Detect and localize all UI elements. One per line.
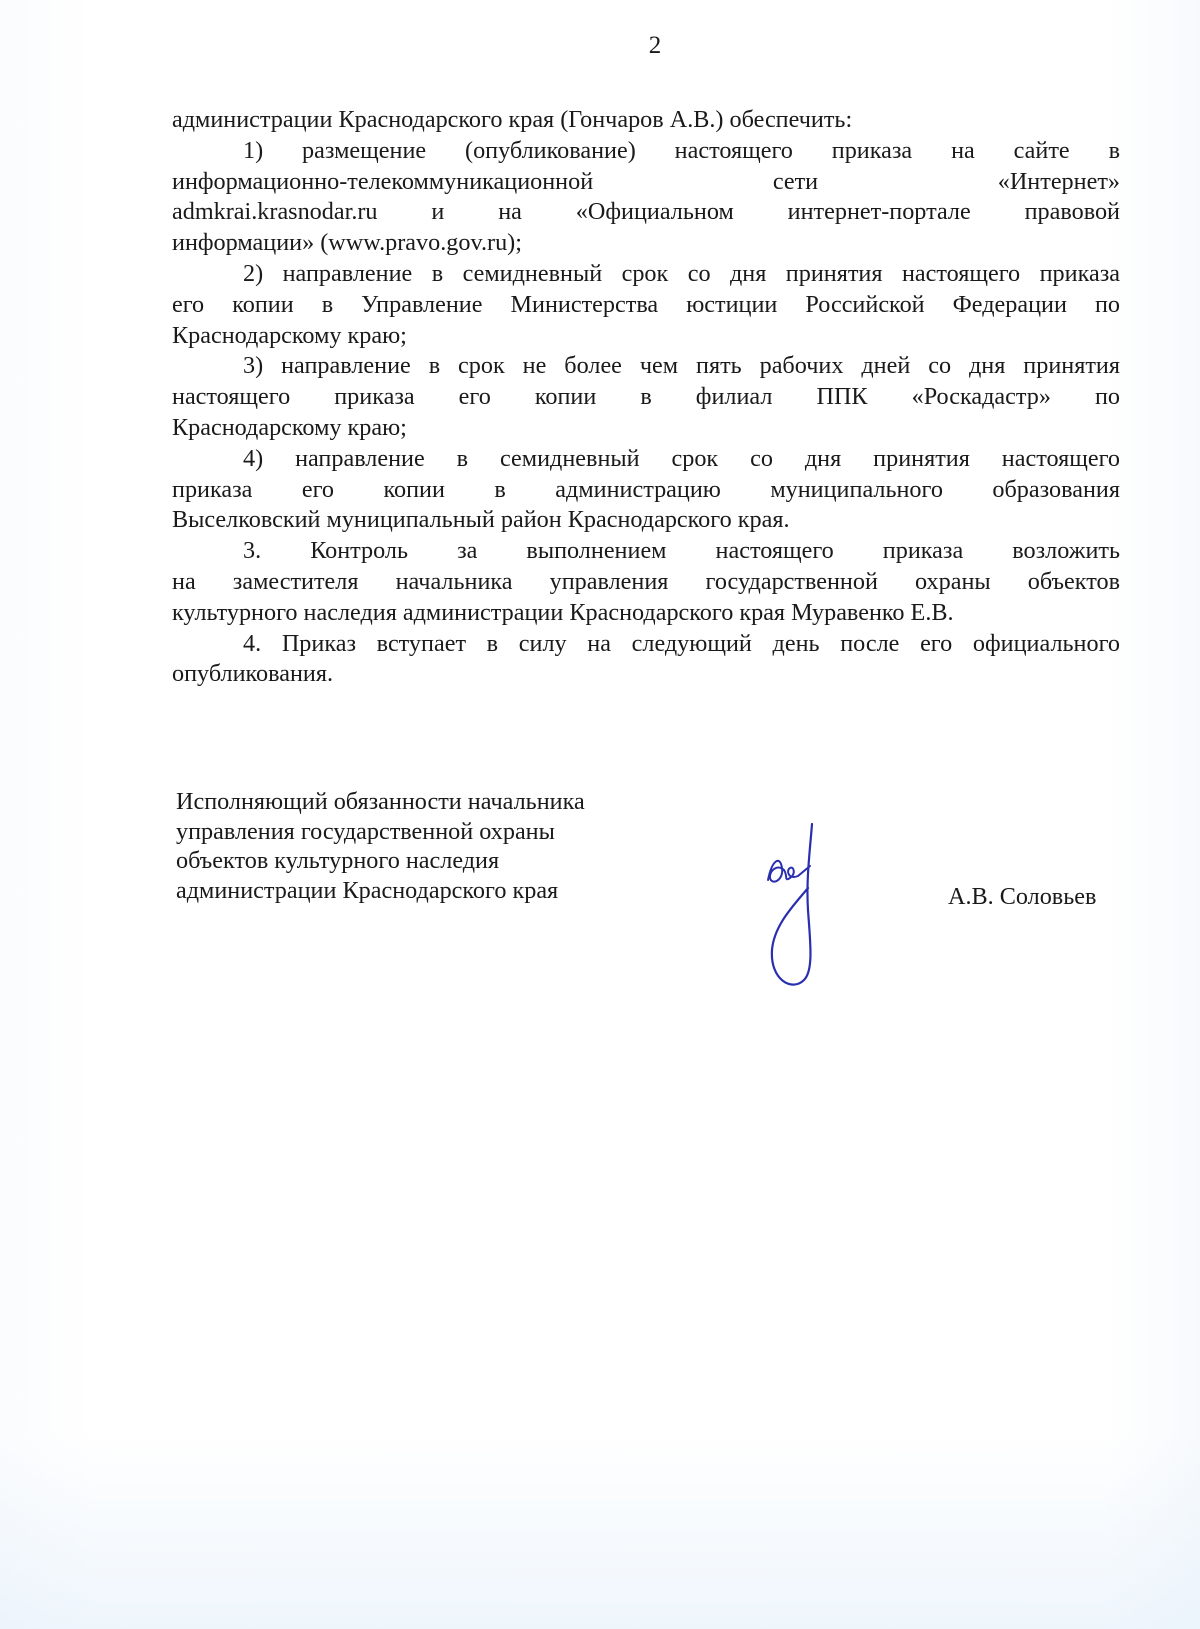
position-line: Исполняющий обязанности начальника — [176, 787, 585, 817]
list-item-3-line: Краснодарскому краю; — [172, 413, 1120, 444]
list-item-3-line: 3) направление в срок не более чем пять … — [172, 351, 1120, 382]
clause-4-line: 4. Приказ вступает в силу на следующий д… — [172, 629, 1120, 660]
list-item-1-line: информационно-телекоммуникационной сети … — [172, 167, 1120, 198]
list-item-1-line: 1) размещение (опубликование) настоящего… — [172, 136, 1120, 167]
signatory-position: Исполняющий обязанности начальника управ… — [176, 787, 585, 905]
position-line: объектов культурного наследия — [176, 846, 585, 876]
clause-3-line: на заместителя начальника управления гос… — [172, 567, 1120, 598]
list-item-4-line: Выселковский муниципальный район Краснод… — [172, 505, 1120, 536]
clause-3-line: 3. Контроль за выполнением настоящего пр… — [172, 536, 1120, 567]
list-item-2-line: его копии в Управление Министерства юсти… — [172, 290, 1120, 321]
list-item-2-line: 2) направление в семидневный срок со дня… — [172, 259, 1120, 290]
list-item-3-line: настоящего приказа его копии в филиал ПП… — [172, 382, 1120, 413]
page-number: 2 — [0, 32, 1200, 60]
handwritten-signature-icon — [760, 820, 840, 1000]
list-item-2-line: Краснодарскому краю; — [172, 321, 1120, 352]
document-body: администрации Краснодарского края (Гонча… — [172, 105, 1120, 690]
body-line: администрации Краснодарского края (Гонча… — [172, 105, 1120, 136]
position-line: администрации Краснодарского края — [176, 876, 585, 906]
list-item-4-line: приказа его копии в администрацию муници… — [172, 475, 1120, 506]
position-line: управления государственной охраны — [176, 817, 585, 847]
list-item-1-line: информации» (www.pravo.gov.ru); — [172, 228, 1120, 259]
clause-3-line: культурного наследия администрации Красн… — [172, 598, 1120, 629]
signer-name: А.В. Соловьев — [948, 883, 1096, 911]
clause-4-line: опубликования. — [172, 659, 1120, 690]
list-item-1-line: admkrai.krasnodar.ru и на «Официальном и… — [172, 197, 1120, 228]
list-item-4-line: 4) направление в семидневный срок со дня… — [172, 444, 1120, 475]
